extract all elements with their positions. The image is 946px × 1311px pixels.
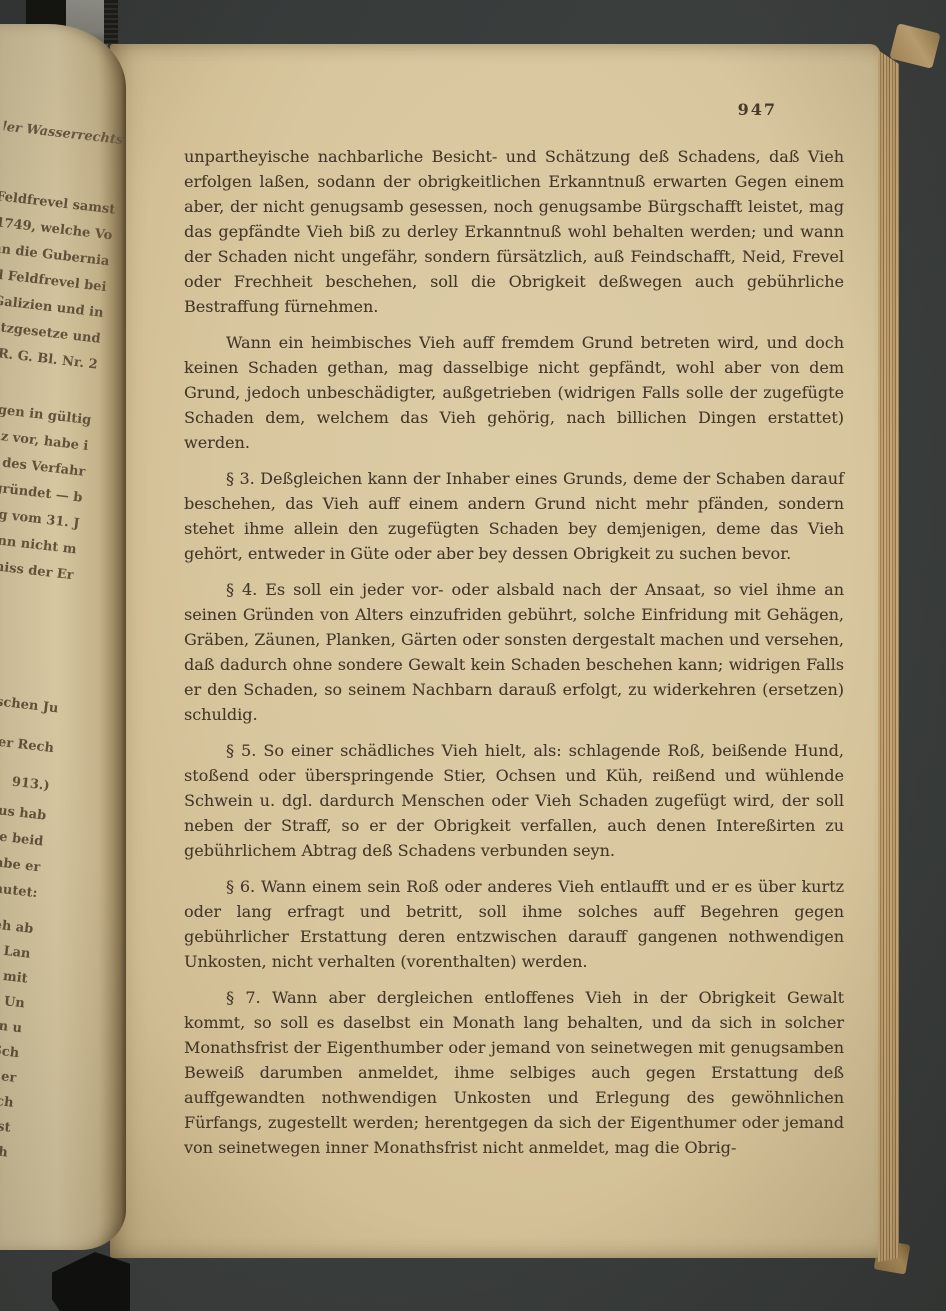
paragraph: unpartheyische nachbarliche Besicht- und… (184, 144, 844, 319)
facing-page-fragment-line: erreichischen Ju (0, 683, 60, 722)
paragraph: § 5. So einer schädliches Vieh hielt, al… (184, 738, 844, 863)
gutter-text-area: Darstellung der Wasserrechts nissen wege… (0, 24, 126, 1250)
scanned-book-photo: Darstellung der Wasserrechts nissen wege… (0, 0, 946, 1311)
facing-page-gutter: Darstellung der Wasserrechts nissen wege… (0, 24, 126, 1250)
binding-bottom-icon (52, 1252, 130, 1311)
page-text: unpartheyische nachbarliche Besicht- und… (184, 144, 844, 1171)
text-fragment: unds durch fremdes Vieh ab (0, 903, 35, 941)
paragraph: § 7. Wann aber dergleichen entloffenes V… (184, 985, 844, 1160)
book-page: 947 unpartheyische nachbarliche Besicht-… (110, 44, 880, 1258)
text-fragment: 913.) (0, 760, 51, 799)
paragraph: § 3. Deßgleichen kann der Inhaber eines … (184, 466, 844, 566)
facing-page-fragments-block2: Feldfreveln lagen in gültigzweiter Insta… (0, 395, 93, 589)
paragraph: § 6. Wann einem sein Roß oder anderes Vi… (184, 874, 844, 974)
facing-page-fragments-block1: nissen wegen Feldfrevel samst1833, Nr 17… (0, 184, 117, 378)
page-stack-corner-top (889, 23, 940, 69)
text-fragment: erreichischen Ju (0, 683, 60, 722)
page-number: 947 (738, 100, 777, 119)
facing-page-fragment-line: 913.) (0, 760, 51, 799)
facing-page-fragments-block4: unds durch fremdes Vieh abß, Gänß u. dgl… (0, 903, 35, 1165)
paragraph: Wann ein heimbisches Vieh auff fremdem G… (184, 330, 844, 455)
book-fore-edge (878, 50, 899, 1262)
paragraph: § 4. Es soll ein jeder vor- oder alsbald… (184, 577, 844, 727)
facing-page-fragments-block3: uribus incorporalibus habVieh oder solch… (0, 790, 48, 907)
facing-page-header-fragment: Darstellung der Wasserrechts (2, 115, 124, 154)
facing-page-fragment-line: perlicher Rech (0, 723, 55, 762)
text-fragment: Darstellung der Wasserrechts (2, 115, 124, 154)
text-fragment: perlicher Rech (0, 723, 55, 762)
